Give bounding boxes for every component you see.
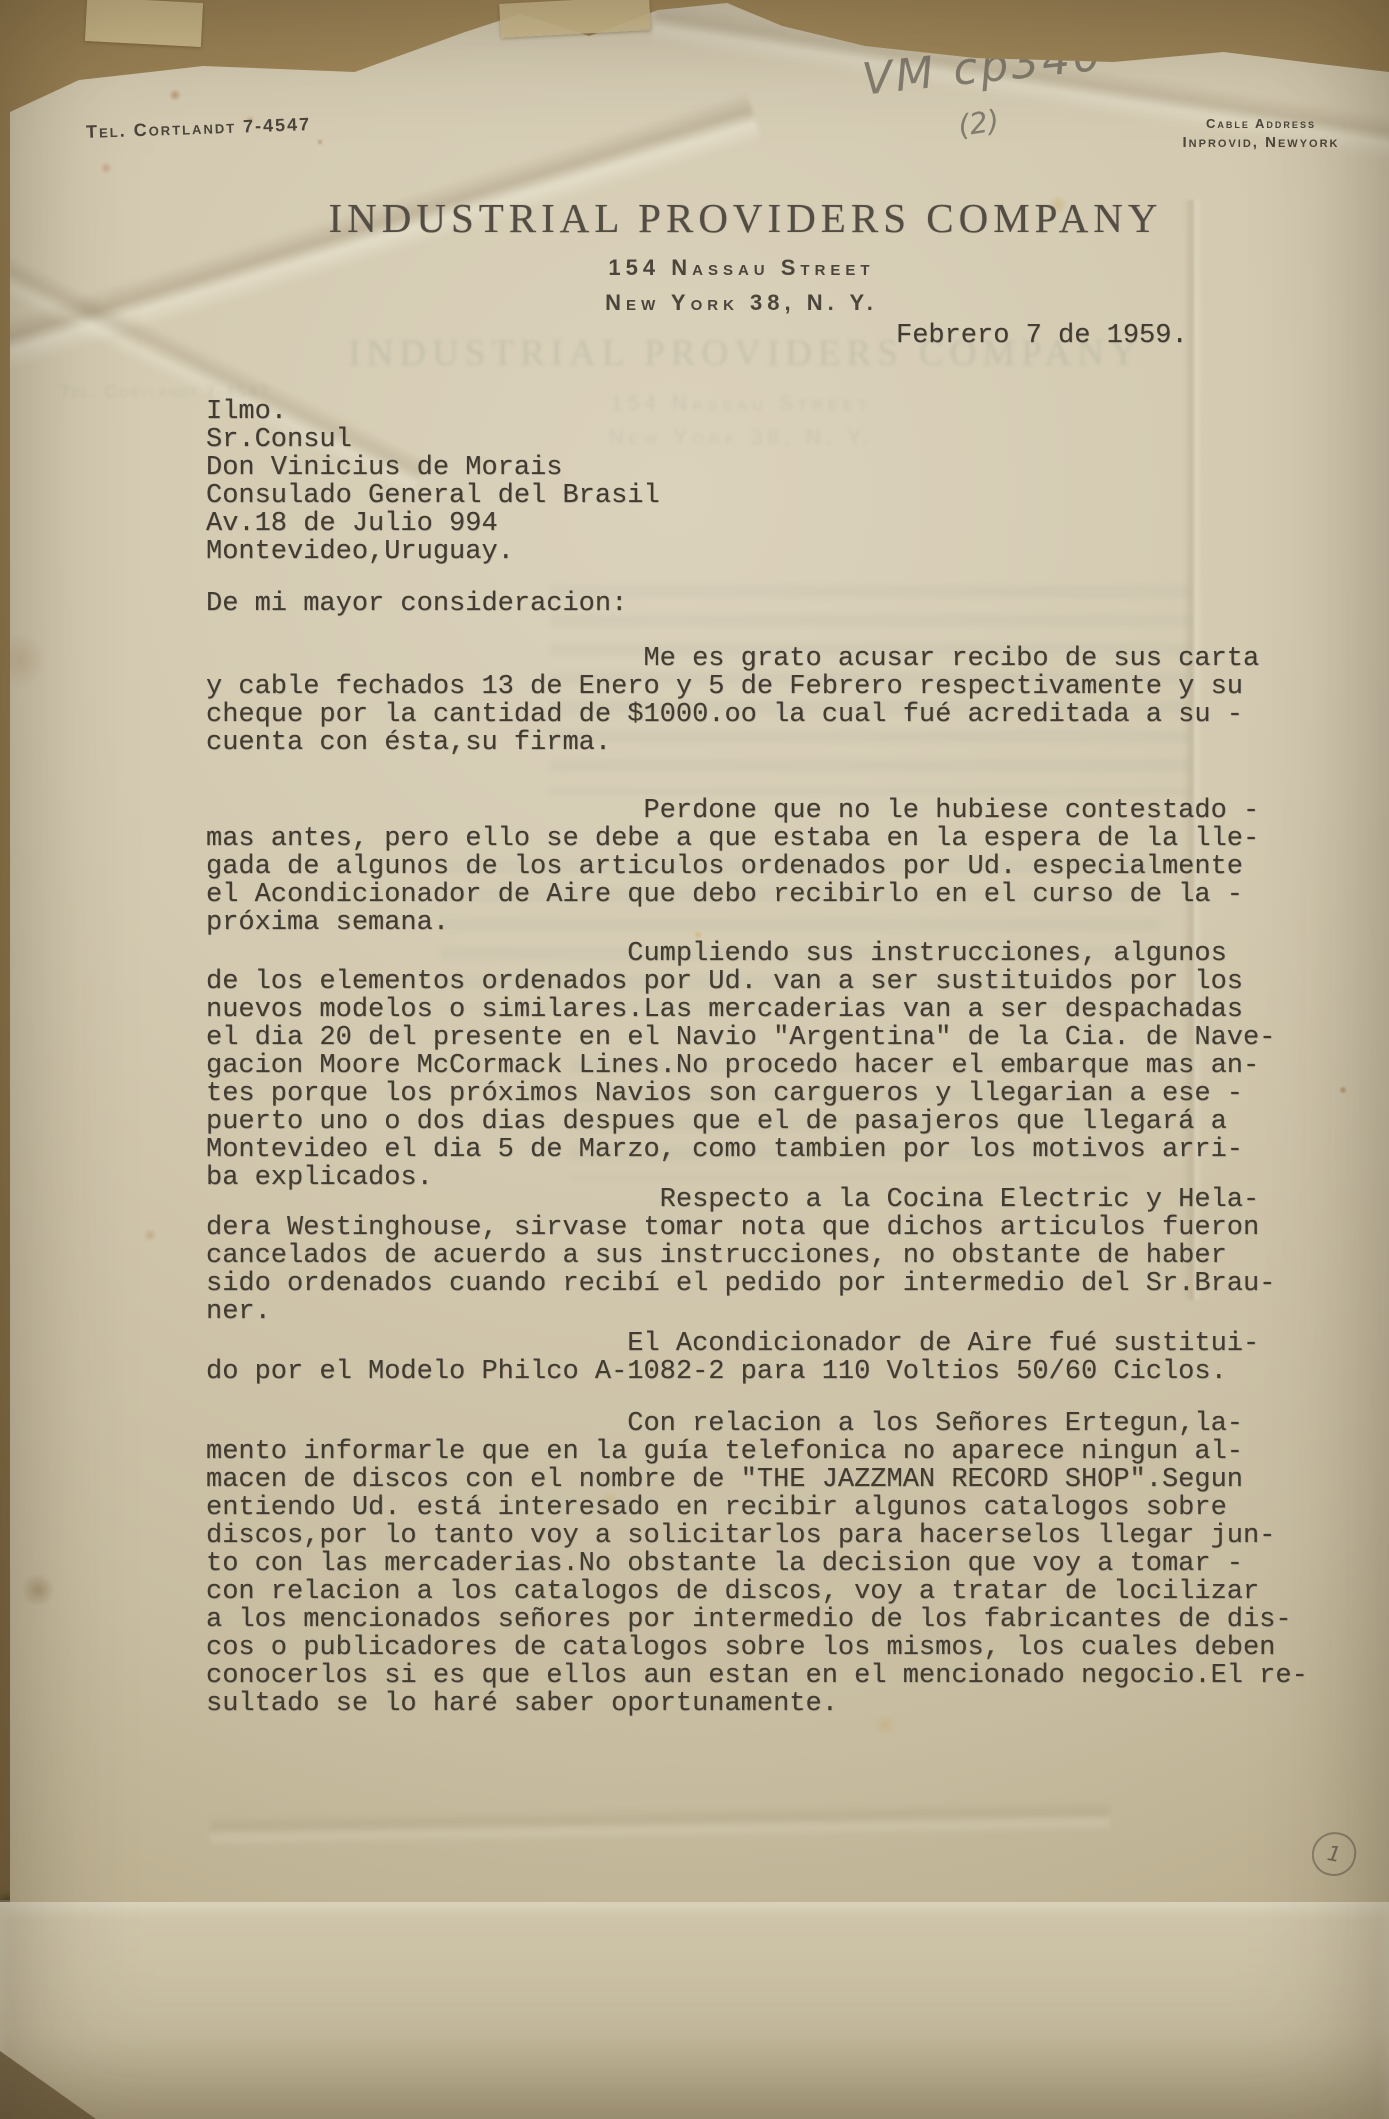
cable-address-value: Inprovid, Newyork — [1138, 133, 1384, 152]
handwritten-number: (2) — [956, 103, 1002, 143]
letterhead-cable-address: Cable Address Inprovid, Newyork — [1138, 114, 1384, 152]
paragraph-4: Respecto a la Cocina Electric y Hela- de… — [206, 1186, 1275, 1326]
ghost-letterhead: INDUSTRIAL PROVIDERS COMPANY — [56, 332, 1389, 375]
cable-address-label: Cable Address — [1138, 114, 1384, 133]
handwritten-code: VM cp340 — [860, 29, 1106, 105]
scanned-letter-page: INDUSTRIAL PROVIDERS COMPANY 154 Nassau … — [0, 0, 1389, 2119]
circled-page-number: 1 — [1309, 1829, 1360, 1880]
paragraph-5: El Acondicionador de Aire fué sustitui- … — [206, 1330, 1259, 1386]
second-sheet-edge — [0, 1900, 1389, 2119]
paragraph-1: Me es grato acusar recibo de sus carta y… — [206, 645, 1259, 757]
tape-piece — [85, 0, 203, 47]
company-name: INDUSTRIAL PROVIDERS COMPANY — [56, 194, 1389, 242]
letterhead-street: 154 Nassau Street — [52, 255, 1389, 281]
salutation: De mi mayor consideracion: — [206, 590, 627, 618]
letter-date: Febrero 7 de 1959. — [896, 322, 1188, 350]
crease-line — [209, 1752, 1111, 1888]
letter-sheet: INDUSTRIAL PROVIDERS COMPANY 154 Nassau … — [10, 0, 1389, 1902]
letterhead-telephone: Tel. Cortlandt 7-4547 — [86, 114, 312, 143]
letterhead-city: New York 38, N. Y. — [52, 290, 1389, 316]
paragraph-3: Cumpliendo sus instrucciones, algunos de… — [206, 940, 1275, 1192]
paragraph-6: Con relacion a los Señores Ertegun,la- m… — [206, 1410, 1308, 1718]
paragraph-2: Perdone que no le hubiese contestado - m… — [206, 797, 1259, 937]
recipient-address: Ilmo. Sr.Consul Don Vinicius de Morais C… — [206, 398, 660, 566]
